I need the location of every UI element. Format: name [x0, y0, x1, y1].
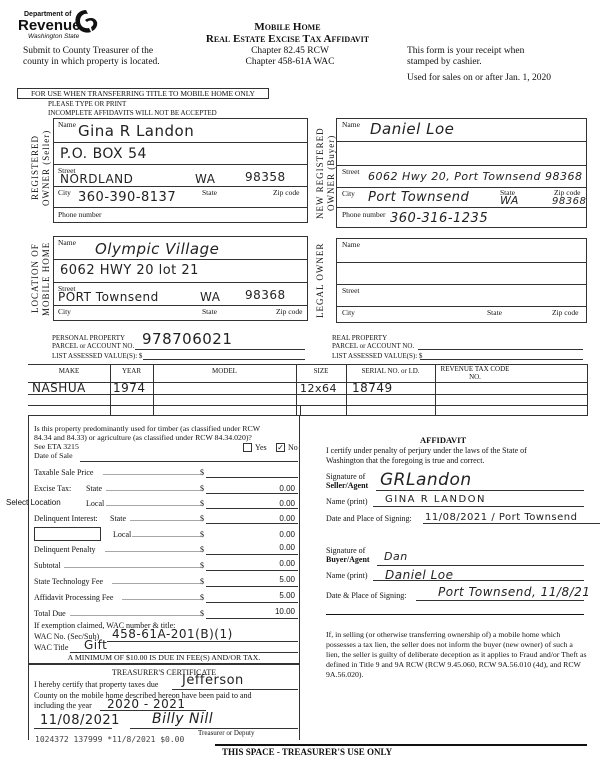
real-property-label-1: REAL PROPERTY: [332, 334, 414, 342]
total-due-value[interactable]: 10.00: [205, 607, 295, 616]
dollar-sign: $: [200, 545, 204, 554]
personal-property-label-1: PERSONAL PROPERTY: [52, 334, 134, 342]
dollar-sign: $: [200, 468, 204, 477]
treasurer-line-3: including the year: [34, 701, 92, 710]
seller-signature-label: Signature of Seller/Agent: [326, 472, 368, 490]
excise-local-value[interactable]: 0.00: [205, 499, 295, 508]
col-header-size: SIZE: [296, 367, 346, 375]
please-print-note: PLEASE TYPE OR PRINT: [48, 100, 126, 108]
location-city-label: City: [58, 307, 71, 316]
buyer-section-label-2: OWNER (Buyer): [326, 135, 336, 211]
buyer-name-field[interactable]: Daniel Loe: [370, 120, 454, 138]
buyer-street-field[interactable]: 6062 Hwy 20, Port Townsend 98368: [368, 170, 582, 183]
excise-state-value[interactable]: 0.00: [205, 484, 295, 493]
submit-note-line-1: Submit to County Treasurer of the: [23, 46, 160, 57]
location-city-field[interactable]: PORT Townsend: [58, 290, 159, 304]
serial-cell[interactable]: 18749: [352, 381, 393, 395]
seller-phone-label: Phone number: [58, 210, 102, 219]
personal-assessed-label: LIST ASSESSED VALUE(S): $: [52, 352, 142, 360]
no-label: No: [288, 443, 298, 452]
delinquent-penalty-value[interactable]: 0.00: [205, 543, 295, 552]
see-eta-note: See ETA 3215: [34, 442, 260, 451]
legal-owner-section-label: LEGAL OWNER: [315, 238, 335, 323]
real-property-label: REAL PROPERTY PARCEL or ACCOUNT NO.: [332, 334, 414, 350]
location-street-field[interactable]: 6062 HWY 20 lot 21: [60, 263, 199, 278]
dollar-sign: $: [200, 561, 204, 570]
form-title-line-1: Mobile Home: [200, 21, 375, 33]
location-zip-field[interactable]: 98368: [245, 288, 286, 302]
location-state-field[interactable]: WA: [200, 290, 220, 304]
submit-note-line-2: county in which property is located.: [23, 57, 160, 68]
dollar-sign: $: [200, 577, 204, 586]
receipt-note-line-1: This form is your receipt when: [407, 46, 551, 57]
col-header-make: MAKE: [28, 367, 110, 375]
processing-fee-value[interactable]: 5.00: [205, 591, 295, 600]
yes-checkbox[interactable]: [243, 443, 252, 452]
paid-through-year-field[interactable]: 2020 - 2021: [107, 697, 186, 711]
location-section-label-2: MOBILE HOME: [41, 241, 51, 315]
seller-address2-field[interactable]: P.O. BOX 54: [60, 146, 147, 162]
processing-fee-label: Affidavit Processing Fee: [34, 593, 113, 602]
timber-question: Is this property predominantly used for …: [34, 424, 260, 460]
seller-city-field[interactable]: NORDLAND: [60, 172, 133, 186]
buyer-name-label: Name: [342, 120, 360, 129]
seller-name-print-label: Name (print): [326, 497, 368, 506]
affidavit-text-line-1: I certify under penalty of perjury under…: [326, 446, 527, 456]
legal-owner-zip-label: Zip code: [552, 308, 578, 317]
buyer-signature-field[interactable]: Dan: [384, 550, 408, 563]
seller-section-label: REGISTERED OWNER (Seller): [30, 118, 54, 218]
legal-owner-city-label: City: [342, 308, 355, 317]
seller-zip-label: Zip code: [273, 188, 299, 197]
real-assessed-field[interactable]: [420, 359, 583, 360]
personal-property-label: PERSONAL PROPERTY PARCEL or ACCOUNT NO.: [52, 334, 134, 350]
seller-zip-field[interactable]: 98358: [245, 170, 286, 184]
receipt-note: This form is your receipt when stamped b…: [407, 46, 551, 84]
affidavit-title: AFFIDAVIT: [420, 435, 466, 445]
excise-state-label: State: [86, 484, 102, 493]
real-property-label-2: PARCEL or ACCOUNT NO.: [332, 342, 414, 350]
county-field[interactable]: Jefferson: [182, 673, 244, 688]
date-of-sale-field[interactable]: [80, 461, 298, 462]
legal-owner-name-label: Name: [342, 240, 360, 249]
seller-section-label-1: REGISTERED: [30, 136, 40, 201]
dor-logo: Department of Revenue Washington State: [18, 10, 98, 42]
treasurer-deputy-label: Treasurer or Deputy: [198, 729, 255, 737]
location-section-label-1: LOCATION OF: [30, 244, 40, 314]
personal-property-label-2: PARCEL or ACCOUNT NO.: [52, 342, 134, 350]
legal-owner-box: [336, 238, 587, 323]
buyer-city-field[interactable]: Port Townsend: [368, 190, 469, 205]
buyer-date-place-field[interactable]: Port Townsend, 11/8/21: [438, 585, 590, 599]
yes-label: Yes: [255, 443, 267, 452]
seller-state-field[interactable]: WA: [195, 172, 215, 186]
taxable-sale-price-label: Taxable Sale Price: [34, 468, 93, 477]
chapter-ref-1: Chapter 82.45 RCW: [230, 46, 350, 57]
legal-owner-state-label: State: [487, 308, 502, 317]
treasurer-certificate-title: TREASURER'S CERTIFICATE: [28, 668, 300, 677]
used-for-date-note: Used for sales on or after Jan. 1, 2020: [407, 73, 551, 84]
excise-local-label: Local: [86, 499, 104, 508]
buyer-phone-field[interactable]: 360-316-1235: [390, 211, 488, 226]
seller-phone-field[interactable]: 360-390-8137: [78, 190, 176, 205]
seller-date-place-label: Date and Place of Signing:: [326, 514, 412, 523]
buyer-city-label: City: [342, 189, 355, 198]
dor-swirl-icon: [73, 8, 99, 36]
wac-title-label: WAC Title: [34, 643, 68, 652]
col-header-year: YEAR: [110, 367, 153, 375]
dollar-sign: $: [200, 499, 204, 508]
buyer-section-label-1: NEW REGISTERED: [315, 127, 325, 219]
buyer-date-place-label: Date & Place of Signing:: [326, 591, 406, 600]
interest-local-label: Local: [113, 530, 131, 539]
excise-tax-label: Excise Tax:: [34, 484, 71, 493]
logo-revenue-text: Revenue: [18, 19, 81, 33]
chapter-refs: Chapter 82.45 RCW Chapter 458-61A WAC: [230, 46, 350, 68]
affidavit-text: I certify under penalty of perjury under…: [326, 446, 527, 466]
seller-city-label: City: [58, 188, 71, 197]
timber-question-line-1: Is this property predominantly used for …: [34, 424, 260, 433]
buyer-signature-label-1: Signature of: [326, 546, 370, 555]
interest-state-label: State: [110, 514, 126, 523]
total-due-label: Total Due: [34, 609, 66, 618]
seller-name-field[interactable]: Gina R Landon: [78, 122, 194, 140]
no-checkbox[interactable]: ✓: [276, 443, 285, 452]
date-of-sale-label: Date of Sale: [34, 451, 260, 460]
dollar-sign: $: [200, 593, 204, 602]
dollar-sign: $: [200, 514, 204, 523]
buyer-name-print-label: Name (print): [326, 571, 368, 580]
form-title: Mobile Home Real Estate Excise Tax Affid…: [200, 21, 375, 45]
dollar-sign: $: [200, 530, 204, 539]
buyer-street-label: Street: [342, 167, 360, 176]
location-section-label: LOCATION OF MOBILE HOME: [30, 236, 54, 321]
form-title-line-2: Real Estate Excise Tax Affidavit: [200, 33, 375, 45]
logo-state-text: Washington State: [28, 33, 79, 40]
location-code-input[interactable]: [34, 527, 101, 541]
buyer-signature-label: Signature of Buyer/Agent: [326, 546, 370, 564]
interest-state-value[interactable]: 0.00: [205, 514, 295, 523]
select-location-dropdown[interactable]: Select Location: [6, 498, 61, 507]
year-cell[interactable]: 1974: [113, 381, 146, 395]
tax-lien-warning: If, in selling (or otherwise transferrin…: [326, 630, 588, 680]
size-cell[interactable]: 12x64: [300, 382, 337, 395]
treasurer-date-field[interactable]: 11/08/2021: [40, 713, 120, 728]
subtotal-value[interactable]: 0.00: [205, 559, 295, 568]
real-assessed-label: LIST ASSESSED VALUE(S): $: [332, 352, 422, 360]
location-name-field[interactable]: Olympic Village: [95, 240, 219, 258]
col-header-serial: SERIAL NO. or I.D.: [346, 367, 435, 375]
seller-signature-label-1: Signature of: [326, 472, 368, 481]
location-name-label: Name: [58, 238, 76, 247]
seller-signature-label-2: Seller/Agent: [326, 481, 368, 490]
make-cell[interactable]: NASHUA: [32, 381, 86, 395]
buyer-zip-field[interactable]: 98368: [552, 196, 586, 207]
seller-date-place-field[interactable]: 11/08/2021 / Port Townsend: [425, 512, 577, 523]
buyer-signature-label-2: Buyer/Agent: [326, 555, 370, 564]
minimum-due-note: A MINIMUM OF $10.00 IS DUE IN FEE(S) AND…: [28, 653, 300, 662]
submit-note: Submit to County Treasurer of the county…: [23, 46, 160, 68]
state-tech-fee-label: State Technology Fee: [34, 577, 103, 586]
interest-local-value[interactable]: 0.00: [205, 530, 295, 539]
legal-owner-street-label: Street: [342, 286, 360, 295]
usage-banner: FOR USE WHEN TRANSFERRING TITLE TO MOBIL…: [17, 88, 269, 99]
dollar-sign: $: [200, 484, 204, 493]
col-header-model: MODEL: [153, 367, 296, 375]
seller-section-label-2: OWNER (Seller): [41, 130, 51, 206]
treasurer-use-only-label: THIS SPACE - TREASURER'S USE ONLY: [222, 747, 392, 757]
delinquent-interest-label: Delinquent Interest:: [34, 514, 98, 523]
personal-parcel-field[interactable]: 978706021: [142, 330, 232, 348]
buyer-phone-label: Phone number: [342, 210, 386, 219]
timber-question-line-2: 84.34 and 84.33) or agriculture (as clas…: [34, 433, 260, 442]
cashier-stamp: 1024372 137999 *11/8/2021 $0.00: [35, 735, 184, 744]
treasurer-signature[interactable]: Billy Nill: [152, 711, 213, 727]
seller-signature-field[interactable]: GRLandon: [380, 470, 472, 490]
subtotal-label: Subtotal: [34, 561, 61, 570]
seller-name-print-field[interactable]: GINA R LANDON: [385, 494, 486, 505]
real-parcel-field[interactable]: [418, 349, 583, 350]
treasurer-line-1: I hereby certify that property taxes due: [34, 680, 158, 689]
location-state-label: State: [202, 307, 217, 316]
buyer-state-field[interactable]: WA: [500, 194, 519, 207]
affidavit-text-line-2: Washington that the foregoing is true an…: [326, 456, 527, 466]
incomplete-warning: INCOMPLETE AFFIDAVITS WILL NOT BE ACCEPT…: [48, 109, 217, 117]
col-header-tax-code: REVENUE TAX CODE NO.: [435, 365, 515, 381]
state-tech-fee-value[interactable]: 5.00: [205, 575, 295, 584]
buyer-name-print-field[interactable]: Daniel Loe: [385, 568, 453, 582]
dollar-sign: $: [200, 609, 204, 618]
seller-name-label: Name: [58, 120, 76, 129]
chapter-ref-2: Chapter 458-61A WAC: [230, 57, 350, 68]
taxable-sale-price-field[interactable]: [206, 477, 298, 478]
seller-state-label: State: [202, 188, 217, 197]
delinquent-penalty-label: Delinquent Penalty: [34, 545, 96, 554]
wac-no-field[interactable]: 458-61A-201(B)(1): [112, 627, 233, 641]
location-zip-label: Zip code: [276, 307, 302, 316]
receipt-note-line-2: stamped by cashier.: [407, 57, 551, 68]
wac-title-field[interactable]: Gift: [84, 638, 107, 652]
